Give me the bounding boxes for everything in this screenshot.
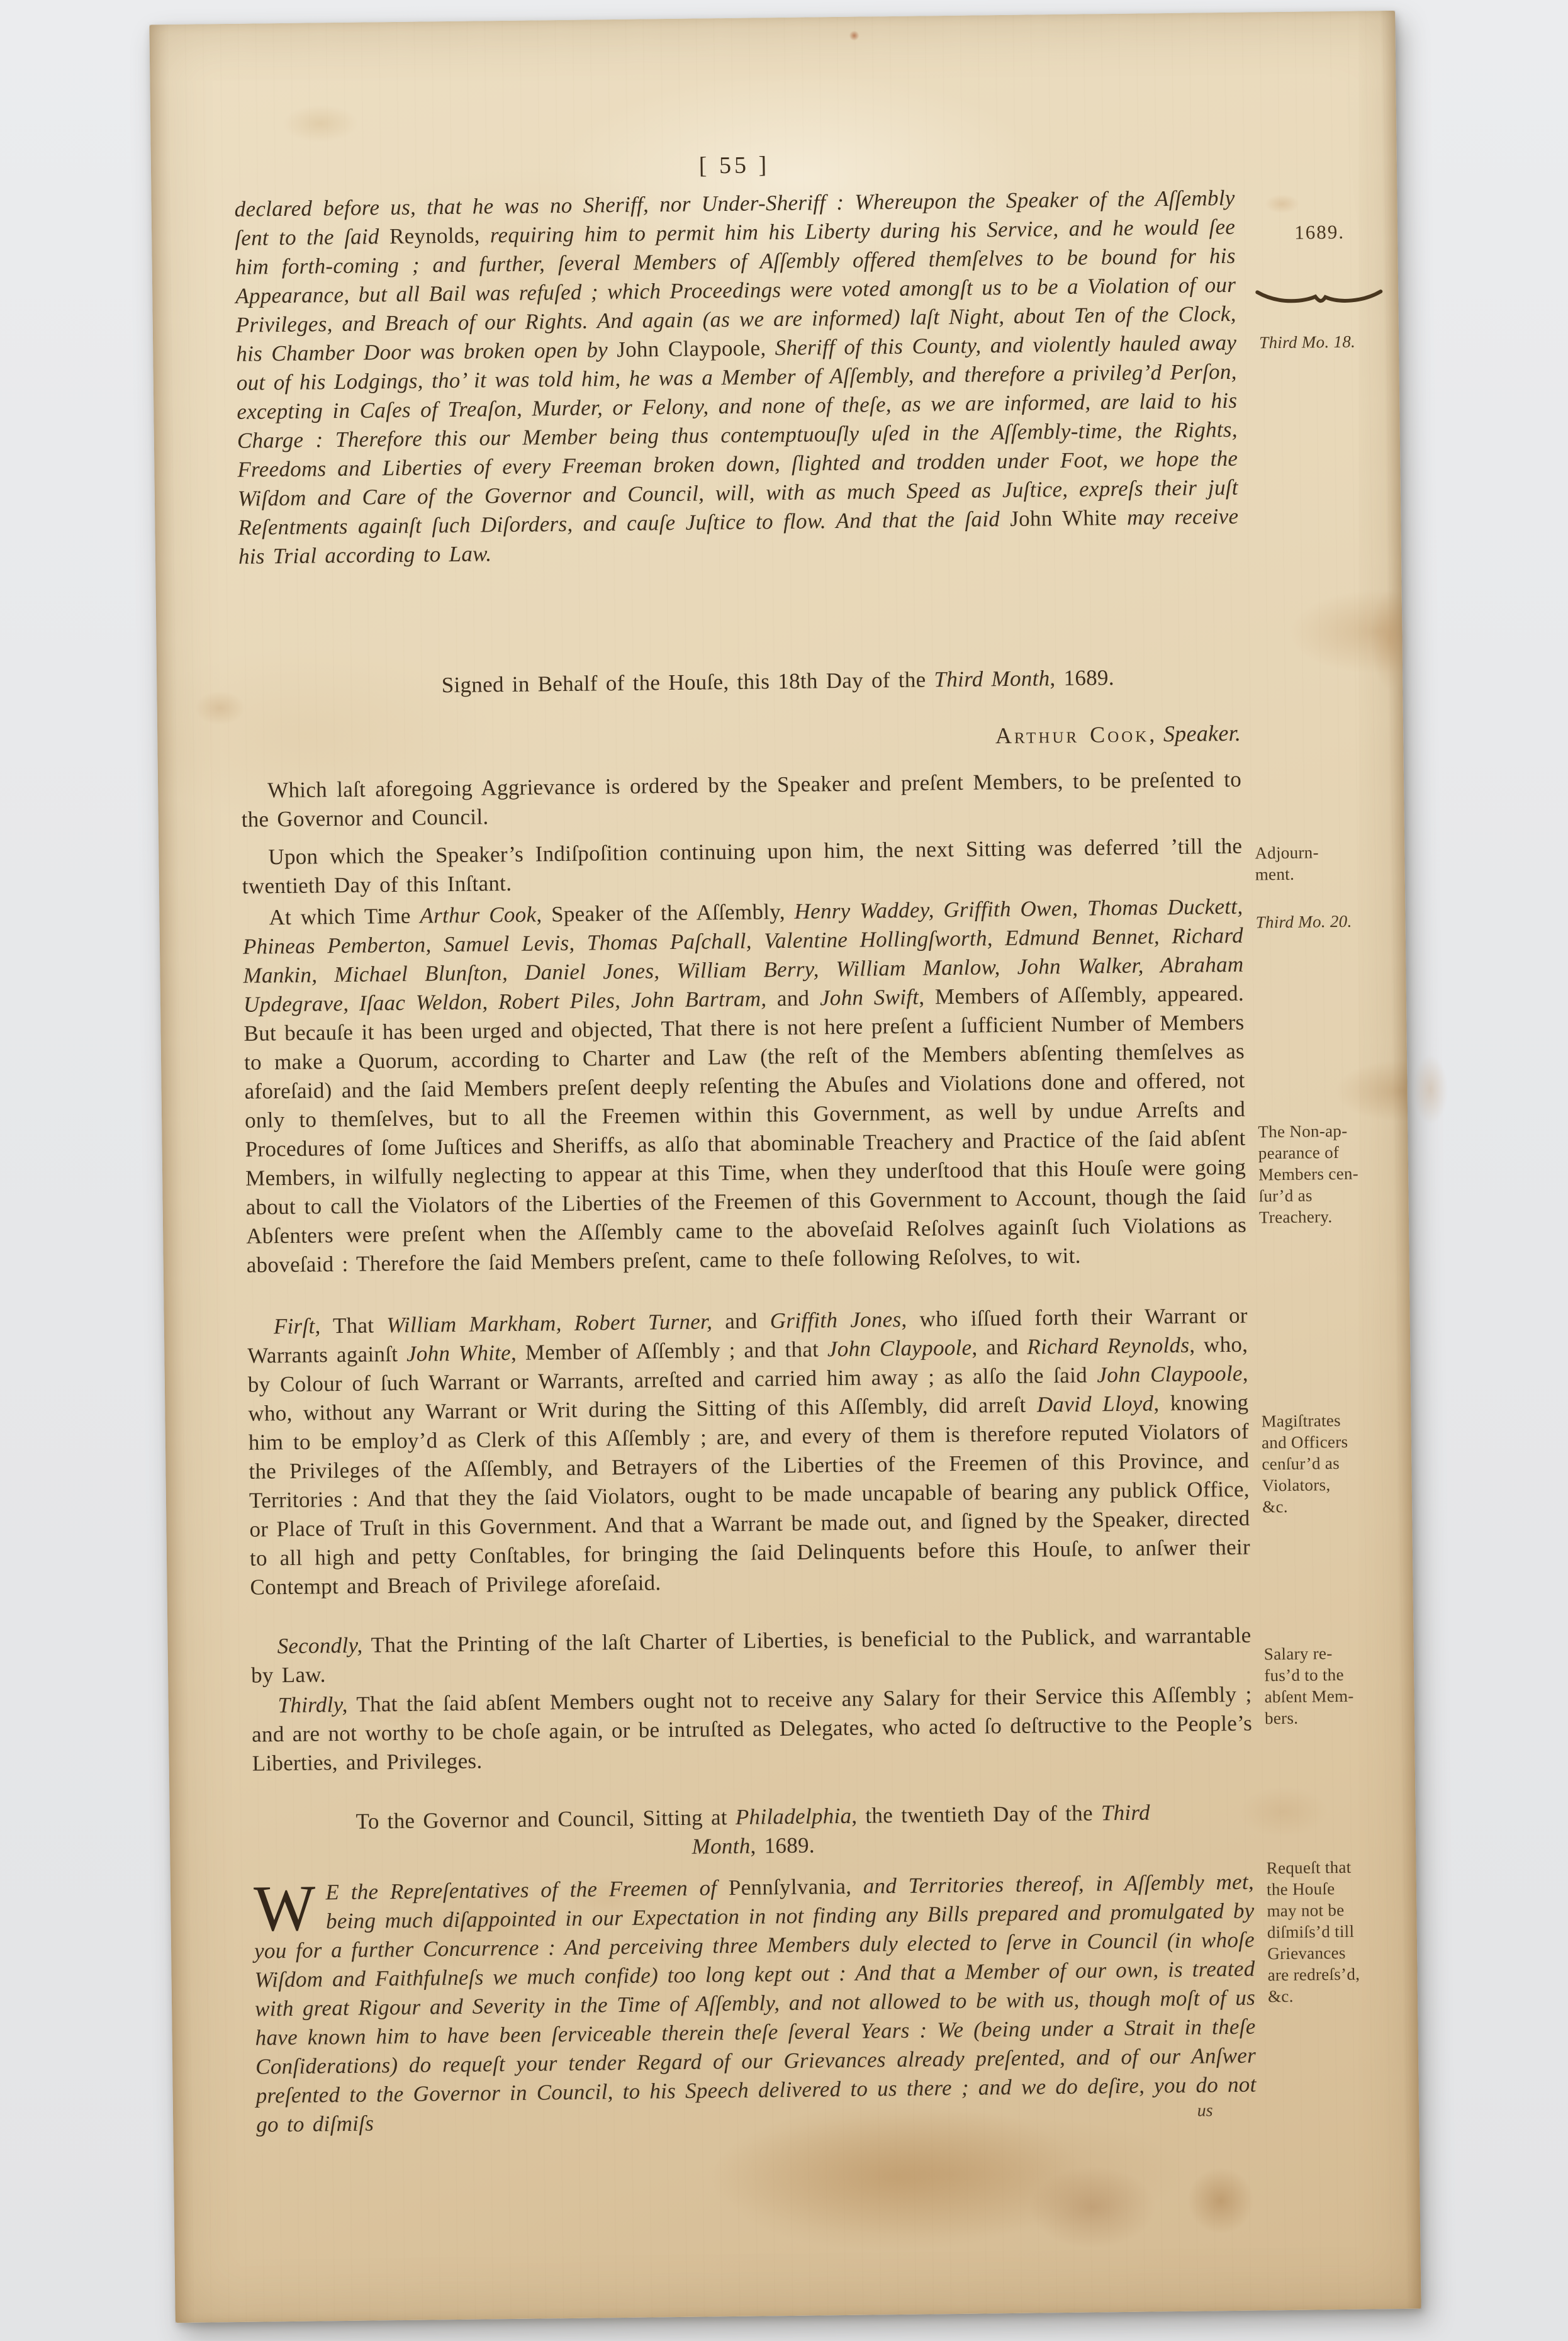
margin-note-adjournment: Adjourn- ment. Third Mo. 20.: [1255, 819, 1464, 955]
margin-note-salary: Salary re- fus’d to the abſent Mem- bers…: [1264, 1641, 1473, 1729]
dropcap-initial: W: [254, 1882, 316, 1936]
stain: [194, 691, 245, 726]
paragraph-resolve-thirdly: Thirdly, That the ſaid abſent Members ou…: [251, 1680, 1252, 1778]
stain: [1413, 1055, 1448, 1125]
petition-text: E the Repreſentatives of the Freemen of …: [254, 1870, 1257, 2137]
left-edge-shading: [149, 25, 194, 2323]
paragraph-members-appeared: At which Time Arthur Cook, Speaker of th…: [242, 892, 1247, 1280]
paragraph-aggrievance-order: Which laſt aforegoing Aggrievance is ord…: [241, 765, 1242, 834]
paragraph-resolve-secondly: Secondly, That the Printing of the laſt …: [250, 1621, 1252, 1690]
address-heading: To the Governor and Council, Sitting at …: [253, 1797, 1254, 1867]
page-number: [ 55 ]: [234, 146, 1235, 185]
margin-note-magistrates: Magiſtrates and Officers cenſur’d as Vio…: [1261, 1408, 1470, 1518]
document-page: [ 55 ] declared before us, that he was n…: [149, 11, 1421, 2323]
paragraph-resolve-first: Firſt, That William Markham, Robert Turn…: [247, 1301, 1251, 1602]
paragraph-adjournment: Upon which the Speaker’s Indiſpoſition c…: [242, 832, 1243, 901]
margin-year: 1689.: [1248, 220, 1455, 244]
stain: [283, 104, 359, 143]
catchword: us: [1155, 2101, 1255, 2122]
year-brace-mark: [1252, 264, 1457, 311]
margin-date-18: Third Mo. 18.: [1249, 330, 1457, 354]
margin-adjournment-label: Adjourn- ment.: [1255, 840, 1463, 885]
stain: [849, 31, 860, 41]
speaker-attribution: Arthur Cook, Speaker.: [240, 719, 1243, 759]
paragraph-petition: WE the Repreſentatives of the Freemen of…: [254, 1868, 1257, 2140]
margin-note-nonappearance: The Non-ap- pearance of Members cen- ſur…: [1258, 1119, 1467, 1228]
paragraph-continuation: declared before us, that he was no Sheri…: [234, 184, 1239, 571]
margin-note-date: 1689. Third Mo. 18.: [1248, 199, 1457, 375]
margin-date-20: Third Mo. 20.: [1255, 909, 1463, 933]
margin-note-request: Requeſt that the Houſe may not be diſmiſ…: [1266, 1855, 1476, 2007]
photograph-background: { "doc": { "page_number": "[ 55 ]", "dro…: [0, 0, 1568, 2341]
stain: [1029, 2165, 1156, 2248]
signed-line: Signed in Behalf of the Houſe, this 18th…: [240, 661, 1278, 702]
